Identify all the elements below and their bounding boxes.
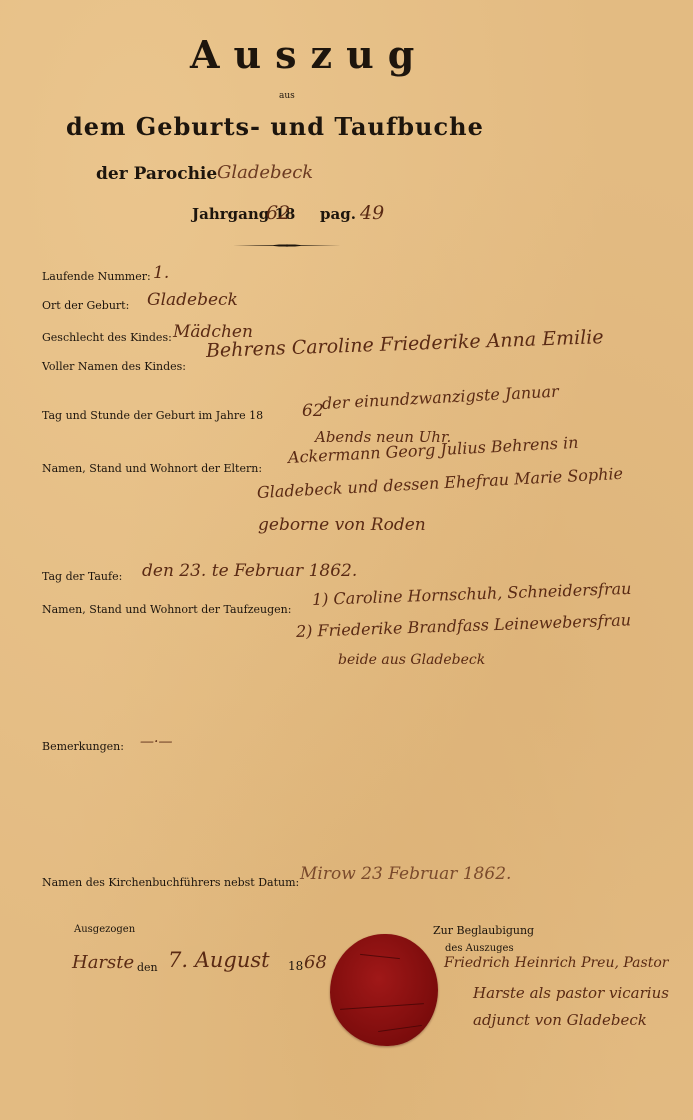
parish-value: Gladebeck: [217, 162, 313, 183]
godparents-line2: 2) Friederike Brandfass Leinewebersfrau: [296, 610, 632, 641]
running-number-value: 1.: [153, 263, 169, 283]
signature-line1: Friedrich Heinrich Preu, Pastor: [444, 955, 668, 971]
den-label: den: [137, 961, 158, 974]
parents-line3: geborne von Roden: [258, 515, 426, 535]
extraction-year-prefix: 18: [288, 959, 303, 973]
signature-line2: Harste als pastor vicarius: [473, 984, 669, 1002]
parents-label: Namen, Stand und Wohnort der Eltern:: [42, 462, 262, 475]
registrar-value: Mirow 23 Februar 1862.: [300, 864, 511, 884]
extracted-label: Ausgezogen: [74, 924, 135, 935]
birth-year-value: 62: [302, 401, 324, 421]
baptism-date-label: Tag der Taufe:: [42, 570, 122, 583]
birthplace-label: Ort der Geburt:: [42, 299, 129, 312]
page-label: pag.: [320, 205, 356, 223]
certification-label-2: des Auszuges: [445, 943, 514, 954]
full-name-value: Behrens Caroline Friederike Anna Emilie: [206, 326, 604, 362]
godparents-line3: beide aus Gladebeck: [338, 652, 485, 668]
remarks-label: Bemerkungen:: [42, 740, 124, 753]
document-subtitle: dem Geburts- und Taufbuche: [66, 112, 484, 141]
parish-label: der Parochie: [96, 164, 217, 184]
extraction-year-value: 68: [304, 952, 327, 973]
remarks-value: —·—: [140, 734, 172, 750]
birth-date-line1: der einundzwanzigste Januar: [322, 382, 560, 413]
sex-label: Geschlecht des Kindes:: [42, 331, 172, 344]
parents-line2: Gladebeck und dessen Ehefrau Marie Sophi…: [257, 464, 624, 502]
red-wax-seal-icon: [330, 934, 438, 1046]
extraction-date: 7. August: [168, 948, 270, 972]
godparents-label: Namen, Stand und Wohnort der Taufzeugen:: [42, 603, 291, 616]
from-label: aus: [279, 91, 295, 101]
document-title: Auszug: [190, 32, 428, 77]
birth-datetime-label: Tag und Stunde der Geburt im Jahre 18: [42, 409, 263, 422]
baptism-date-value: den 23. te Februar 1862.: [142, 561, 357, 581]
godparents-line1: 1) Caroline Hornschuh, Schneidersfrau: [312, 579, 632, 609]
full-name-label: Voller Namen des Kindes:: [42, 360, 186, 373]
ornamental-divider-icon: [233, 244, 341, 247]
extraction-place: Harste: [72, 952, 134, 973]
page-value: 49: [360, 202, 384, 224]
running-number-label: Laufende Nummer:: [42, 270, 151, 283]
certification-label: Zur Beglaubigung: [433, 924, 534, 937]
year-value: 62: [266, 202, 290, 224]
registrar-label: Namen des Kirchenbuchführers nebst Datum…: [42, 876, 299, 889]
signature-line3: adjunct von Gladebeck: [473, 1011, 647, 1029]
birthplace-value: Gladebeck: [147, 290, 238, 310]
